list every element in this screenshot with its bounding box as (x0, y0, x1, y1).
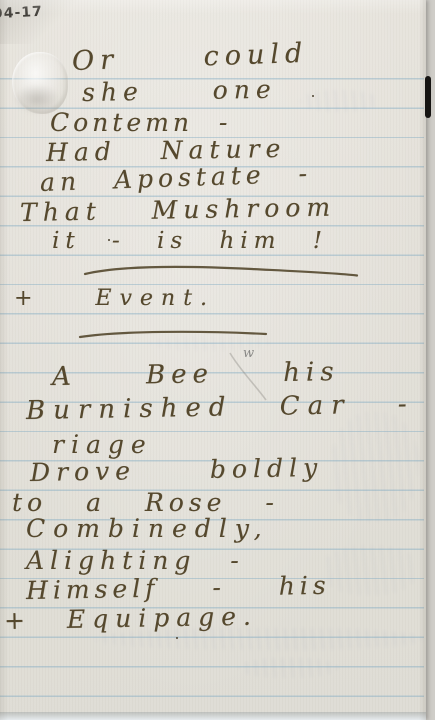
handwritten-line: That Mushroom (20, 192, 337, 227)
handwritten-line: it - is him ! (52, 228, 328, 254)
handwritten-line: Himself - his (26, 571, 331, 605)
bleed-through-mark (238, 658, 338, 678)
binding-mark (425, 76, 431, 118)
manuscript-scan: 94-17 Or could she one Contemn - Had Nat… (0, 0, 435, 720)
bleed-through-mark (332, 412, 418, 522)
manuscript-page: 94-17 Or could she one Contemn - Had Nat… (0, 0, 426, 720)
handwritten-line: + Equipage. (4, 602, 258, 635)
handwritten-line: Drove boldly (30, 453, 324, 487)
bleed-through-mark (300, 90, 378, 112)
ink-speck (176, 637, 178, 639)
handwritten-line: riage (52, 430, 153, 459)
handwritten-line: A Bee his (52, 357, 340, 392)
handwritten-line: to a Rose - (12, 488, 279, 517)
ink-rule-divider (78, 326, 270, 345)
handwritten-line: Alighting - (26, 546, 245, 575)
variant-note: + Event. (14, 286, 215, 311)
page-bottom-edge (0, 712, 426, 720)
catalog-number: 94-17 (0, 4, 43, 23)
handwritten-line: Contemn - (50, 108, 231, 137)
ink-rule-divider (82, 262, 360, 284)
handwritten-line: Combinedly, (26, 514, 270, 543)
handwritten-line: she one (82, 75, 277, 107)
ink-speck (312, 95, 314, 97)
bleed-through-mark (322, 545, 418, 595)
ink-speck (108, 239, 110, 241)
